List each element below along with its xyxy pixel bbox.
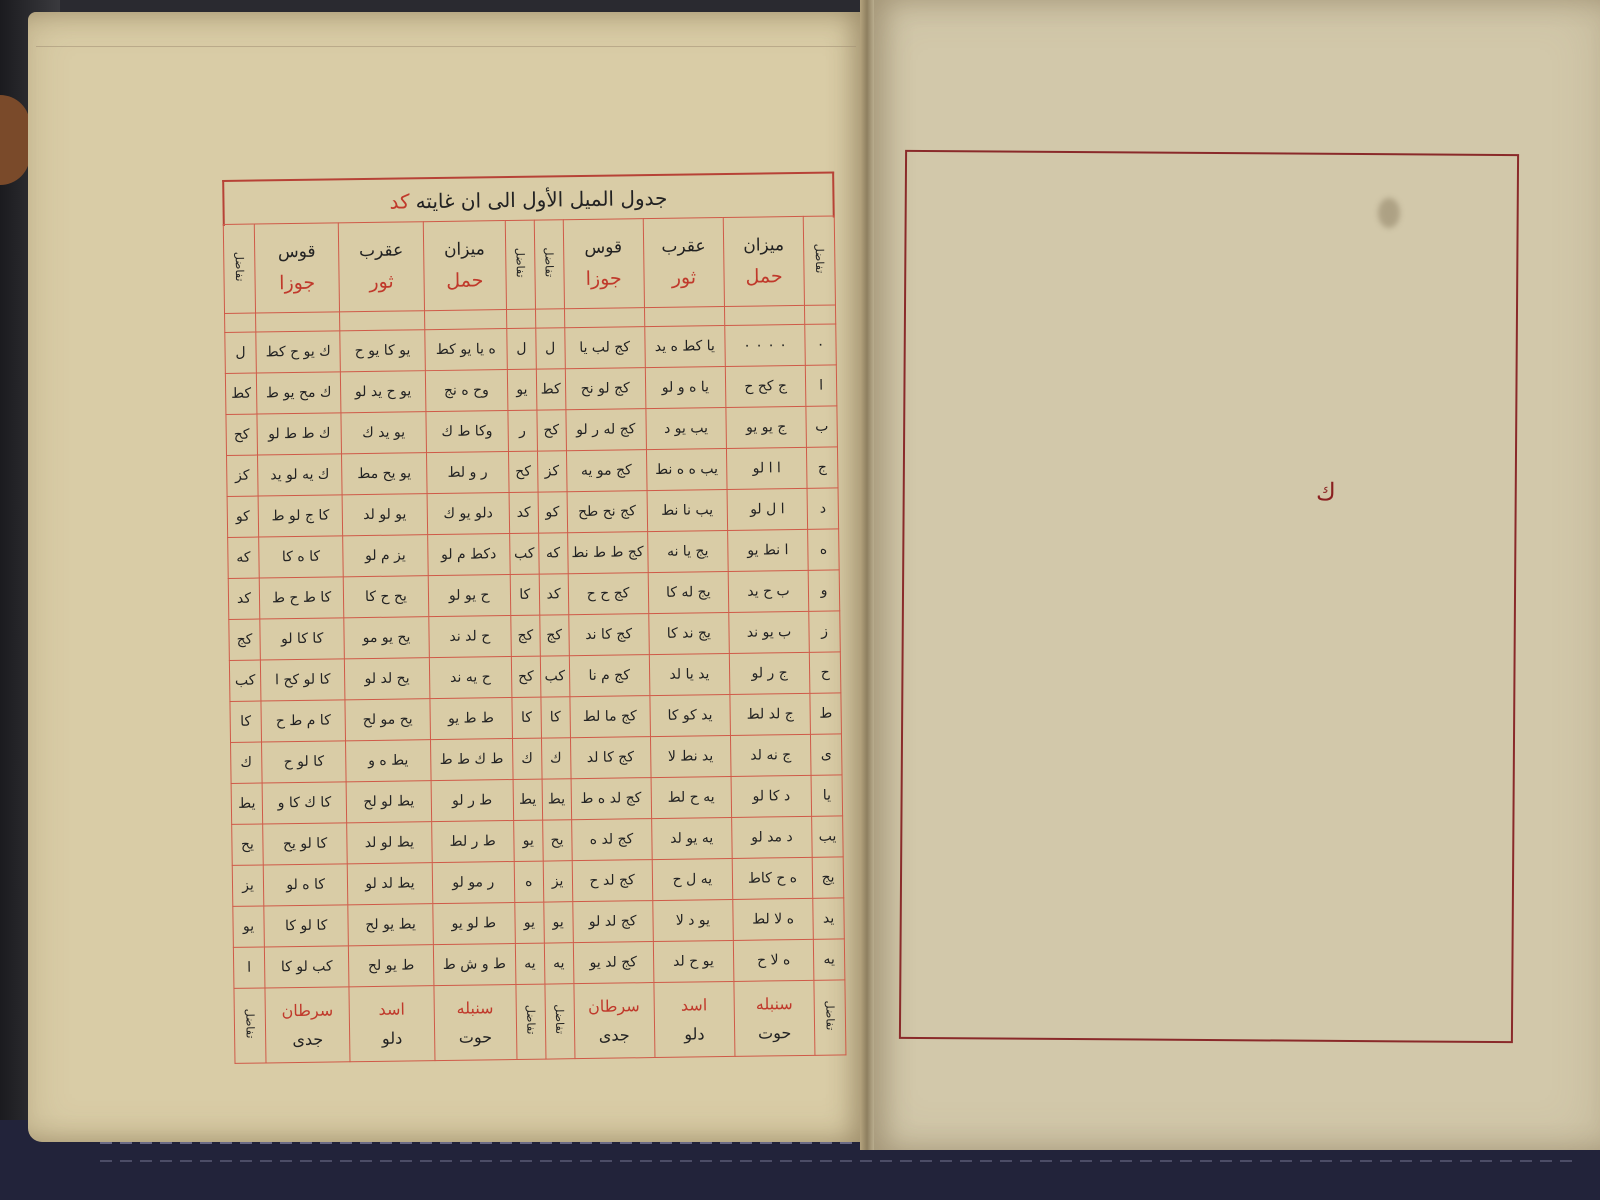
value-cell: كج مو يه bbox=[566, 450, 647, 492]
declination-table: جدول الميل الأول الى ان غايته كد تفاضل م… bbox=[222, 159, 856, 1044]
row-label: يج bbox=[812, 857, 843, 898]
value-cell: ج نه لد bbox=[730, 734, 811, 776]
value-cell: يو كا يو ح bbox=[340, 330, 425, 372]
value-cell: كج نح طح bbox=[567, 491, 648, 533]
footer-col: سرطانجدى bbox=[573, 983, 654, 1059]
value-cell: ك مح يو ط bbox=[256, 372, 341, 414]
header-col: عقربثور bbox=[643, 218, 724, 308]
difference-cell: يز bbox=[543, 861, 572, 902]
value-cell: كج ح ح bbox=[568, 573, 649, 615]
difference-cell: يح bbox=[542, 820, 571, 861]
value-cell: يا كط ه يد bbox=[644, 325, 725, 367]
table-grid: تفاضل ميزانحمل عقربثور قوسجوزا تفاضل تفا… bbox=[223, 215, 847, 1063]
row-label: ه bbox=[808, 529, 839, 570]
value-cell: يد يا لد bbox=[649, 653, 730, 695]
difference-cell: كه bbox=[538, 533, 567, 574]
value-cell: كا لو كح ا bbox=[260, 659, 345, 701]
difference-cell: كج bbox=[539, 615, 568, 656]
row-label-complement: يط bbox=[231, 783, 263, 824]
difference-cell: ل bbox=[507, 328, 536, 369]
value-cell: يح ح كا bbox=[344, 576, 429, 618]
row-label: ٠ bbox=[805, 324, 836, 365]
difference-cell: كب bbox=[510, 533, 539, 574]
header-col: ميزانحمل bbox=[423, 221, 507, 311]
value-cell: يز م لو bbox=[343, 535, 428, 577]
title-text: جدول الميل الأول الى ان غايته bbox=[415, 186, 667, 214]
value-cell: ر مو لو bbox=[432, 861, 515, 903]
value-cell: يط ه و bbox=[346, 740, 431, 782]
value-cell: كا لو كا bbox=[264, 905, 349, 947]
value-cell: كج لد يو bbox=[573, 942, 654, 984]
footer-row: تفاضل سنبلهحوت اسددلو سرطانجدى تفاضل تفا… bbox=[234, 980, 846, 1064]
difference-cell: كح bbox=[508, 451, 537, 492]
header-row: تفاضل ميزانحمل عقربثور قوسجوزا تفاضل تفا… bbox=[223, 216, 835, 314]
difference-cell: كو bbox=[538, 492, 567, 533]
title-rubric-number: كد bbox=[389, 189, 409, 213]
value-cell: يو لو لد bbox=[342, 494, 427, 536]
value-cell: ب ح يد bbox=[728, 570, 809, 612]
value-cell: ط ك ط ط bbox=[430, 739, 513, 781]
row-label: يد bbox=[813, 898, 844, 939]
footer-col: سنبلهحوت bbox=[434, 984, 517, 1060]
value-cell: كب لو كا bbox=[264, 946, 349, 988]
difference-cell: يط bbox=[513, 779, 542, 820]
value-cell: ك ط ط لو bbox=[257, 413, 342, 455]
value-cell: ط و ش ط bbox=[433, 943, 516, 985]
value-cell: كج كا لد bbox=[570, 737, 651, 779]
value-cell: يب ه ه نط bbox=[646, 448, 727, 490]
value-cell: يو د لا bbox=[652, 899, 733, 941]
value-cell: ك يه لو يد bbox=[257, 454, 342, 496]
value-cell: ح لد ند bbox=[428, 616, 511, 658]
value-cell: كا ط ح ط bbox=[259, 577, 344, 619]
difference-cell: كح bbox=[537, 410, 566, 451]
row-label: ح bbox=[809, 652, 840, 693]
value-cell: ط ر لو bbox=[431, 779, 514, 821]
value-cell: كج لد ح bbox=[572, 860, 653, 902]
value-cell: كا ج لو ط bbox=[258, 495, 343, 537]
difference-cell: كا bbox=[512, 697, 541, 738]
header-diff-b: تفاضل bbox=[505, 220, 535, 309]
value-cell: يح يو مو bbox=[344, 617, 429, 659]
row-label: ط bbox=[810, 693, 841, 734]
value-cell: كج لب يا bbox=[564, 327, 645, 369]
header-col: عقربثور bbox=[339, 222, 425, 312]
value-cell: وح ه نج bbox=[425, 370, 508, 412]
row-label: ب bbox=[806, 406, 837, 447]
value-cell: ج ر لو bbox=[729, 652, 810, 694]
row-label: و bbox=[808, 570, 839, 611]
cloth-stitching bbox=[100, 1160, 1580, 1162]
difference-cell: ه bbox=[514, 861, 543, 902]
value-cell: كج له ر لو bbox=[565, 409, 646, 451]
row-label-complement: كد bbox=[228, 578, 260, 619]
header-diff-left: تفاضل bbox=[223, 224, 255, 313]
value-cell: يط يو لح bbox=[348, 904, 433, 946]
value-cell: يط لد لو bbox=[348, 863, 433, 905]
value-cell: يج يا نه bbox=[647, 530, 728, 572]
page-ruling-line bbox=[36, 46, 856, 47]
ink-smudge bbox=[1378, 198, 1400, 228]
right-page-empty-frame bbox=[899, 150, 1519, 1043]
difference-cell: كب bbox=[540, 656, 569, 697]
difference-cell: يط bbox=[542, 779, 571, 820]
row-label: د bbox=[807, 488, 838, 529]
value-cell: دكط م لو bbox=[427, 534, 510, 576]
row-label-complement: ك bbox=[231, 742, 263, 783]
row-label-complement: كا bbox=[230, 701, 262, 742]
value-cell: ط ط يو bbox=[430, 698, 513, 740]
value-cell: د كا لو bbox=[731, 775, 812, 817]
difference-cell: يو bbox=[507, 369, 536, 410]
value-cell: كج لو نح bbox=[565, 368, 646, 410]
row-label-complement: يو bbox=[233, 906, 265, 947]
value-cell: يط لو لح bbox=[346, 781, 431, 823]
value-cell: يه يو لد bbox=[651, 817, 732, 859]
value-cell: ج يو يو bbox=[726, 406, 807, 448]
difference-cell: يو bbox=[515, 902, 544, 943]
row-label-complement: كو bbox=[227, 496, 259, 537]
value-cell: كا لو ح bbox=[261, 741, 346, 783]
value-cell: يو يح مط bbox=[342, 453, 427, 495]
difference-cell: كز bbox=[537, 451, 566, 492]
difference-cell: ل bbox=[535, 328, 564, 369]
row-label-complement: كز bbox=[227, 455, 259, 496]
footer-diff-a: تفاضل bbox=[545, 984, 575, 1059]
value-cell: يو ح يد لو bbox=[341, 371, 426, 413]
difference-cell: ك bbox=[541, 738, 570, 779]
value-cell: ه ح كاط bbox=[732, 857, 813, 899]
value-cell: ر و لط bbox=[426, 452, 509, 494]
value-cell: ه لا لط bbox=[733, 898, 814, 940]
value-cell: كج كا ند bbox=[568, 614, 649, 656]
value-cell: ه لا ح bbox=[733, 939, 814, 981]
value-cell: كا ك كا و bbox=[262, 782, 347, 824]
value-cell: يو يد ك bbox=[341, 412, 426, 454]
header-diff-a: تفاضل bbox=[534, 220, 564, 309]
row-label-complement: ل bbox=[225, 332, 257, 373]
row-label-complement: ا bbox=[233, 947, 265, 988]
difference-cell: كج bbox=[511, 615, 540, 656]
difference-cell: كح bbox=[511, 656, 540, 697]
value-cell: كا م ط ح bbox=[261, 700, 346, 742]
value-cell: كا لو يح bbox=[263, 823, 348, 865]
header-col: قوسجوزا bbox=[563, 219, 644, 309]
value-cell: كا ه لو bbox=[263, 864, 348, 906]
value-cell: كج ط ط نط bbox=[567, 532, 648, 574]
row-label-complement: كج bbox=[229, 619, 261, 660]
difference-cell: يه bbox=[544, 943, 573, 984]
footer-diff-right: تفاضل bbox=[814, 980, 846, 1055]
difference-cell: كا bbox=[510, 574, 539, 615]
value-cell: كا كا لو bbox=[260, 618, 345, 660]
value-cell: ج كح ح bbox=[725, 365, 806, 407]
row-label: ز bbox=[809, 611, 840, 652]
difference-cell: كد bbox=[509, 492, 538, 533]
header-col: قوسجوزا bbox=[254, 223, 340, 313]
value-cell: يا ه و لو bbox=[645, 366, 726, 408]
value-cell: يج ند كا bbox=[648, 612, 729, 654]
value-cell: كج لد ه bbox=[571, 819, 652, 861]
value-cell: يج له كا bbox=[648, 571, 729, 613]
row-label-complement: كه bbox=[228, 537, 260, 578]
value-cell: ط ر لط bbox=[431, 820, 514, 862]
value-cell: ٠ ٠ ٠ ٠ bbox=[725, 324, 806, 366]
difference-cell: كد bbox=[539, 574, 568, 615]
row-label-complement: كح bbox=[226, 414, 258, 455]
value-cell: ط لو يو bbox=[432, 902, 515, 944]
footer-diff-left: تفاضل bbox=[234, 988, 266, 1063]
row-label-complement: كط bbox=[225, 373, 257, 414]
footer-col: سنبلهحوت bbox=[734, 980, 815, 1056]
value-cell: ح يو لو bbox=[428, 575, 511, 617]
header-col: ميزانحمل bbox=[723, 216, 804, 306]
table-body: ٠٠ ٠ ٠ ٠يا كط ه يدكج لب يالله يا يو كطيو… bbox=[225, 324, 845, 988]
book-gutter bbox=[860, 0, 874, 1150]
value-cell: يد كو كا bbox=[650, 694, 731, 736]
value-cell: يح مو لح bbox=[345, 699, 430, 741]
value-cell: ه يا يو كط bbox=[424, 329, 507, 371]
value-cell: ا ا لو bbox=[726, 447, 807, 489]
footer-col: اسددلو bbox=[349, 986, 434, 1062]
value-cell: كج ما لط bbox=[569, 696, 650, 738]
row-label-complement: كب bbox=[229, 660, 261, 701]
row-label-complement: يح bbox=[232, 824, 264, 865]
value-cell: وكا ط ك bbox=[426, 411, 509, 453]
difference-cell: ك bbox=[512, 738, 541, 779]
value-cell: ك يو ح كط bbox=[256, 331, 341, 373]
row-label: ا bbox=[805, 365, 836, 406]
row-label: ى bbox=[811, 734, 842, 775]
difference-cell: كط bbox=[536, 369, 565, 410]
value-cell: ا ل لو bbox=[727, 488, 808, 530]
value-cell: ج لد لط bbox=[730, 693, 811, 735]
value-cell: يب نا نط bbox=[647, 489, 728, 531]
difference-cell: يو bbox=[514, 820, 543, 861]
value-cell: يط لو لد bbox=[347, 822, 432, 864]
value-cell: يب يو د bbox=[646, 407, 727, 449]
row-label: ج bbox=[807, 447, 838, 488]
value-cell: د مد لو bbox=[732, 816, 813, 858]
value-cell: كا ه كا bbox=[259, 536, 344, 578]
value-cell: كج لد ه ط bbox=[571, 778, 652, 820]
footer-diff-b: تفاضل bbox=[516, 984, 546, 1059]
footer-col: سرطانجدى bbox=[265, 987, 350, 1063]
value-cell: ا نط يو bbox=[728, 529, 809, 571]
difference-cell: يه bbox=[515, 943, 544, 984]
difference-cell: يو bbox=[543, 902, 572, 943]
value-cell: ط يو لح bbox=[349, 945, 434, 987]
value-cell: دلو يو ك bbox=[427, 493, 510, 535]
header-diff-right: تفاضل bbox=[803, 216, 835, 305]
value-cell: يه ل ح bbox=[652, 858, 733, 900]
difference-cell: ر bbox=[508, 410, 537, 451]
right-page-red-mark: ك bbox=[1316, 478, 1336, 506]
value-cell: يح لد لو bbox=[345, 658, 430, 700]
value-cell: يد نط لا bbox=[650, 735, 731, 777]
value-cell: ب يو ند bbox=[729, 611, 810, 653]
value-cell: يو ح لد bbox=[653, 940, 734, 982]
value-cell: ح يه ند bbox=[429, 657, 512, 699]
footer-col: اسددلو bbox=[654, 981, 735, 1057]
difference-cell: كا bbox=[541, 697, 570, 738]
value-cell: كج لد لو bbox=[572, 901, 653, 943]
row-label-complement: يز bbox=[232, 865, 264, 906]
row-label: يه bbox=[813, 939, 844, 980]
value-cell: يه ح لط bbox=[651, 776, 732, 818]
row-label: يا bbox=[811, 775, 842, 816]
row-label: يب bbox=[812, 816, 843, 857]
value-cell: كج م نا bbox=[569, 655, 650, 697]
